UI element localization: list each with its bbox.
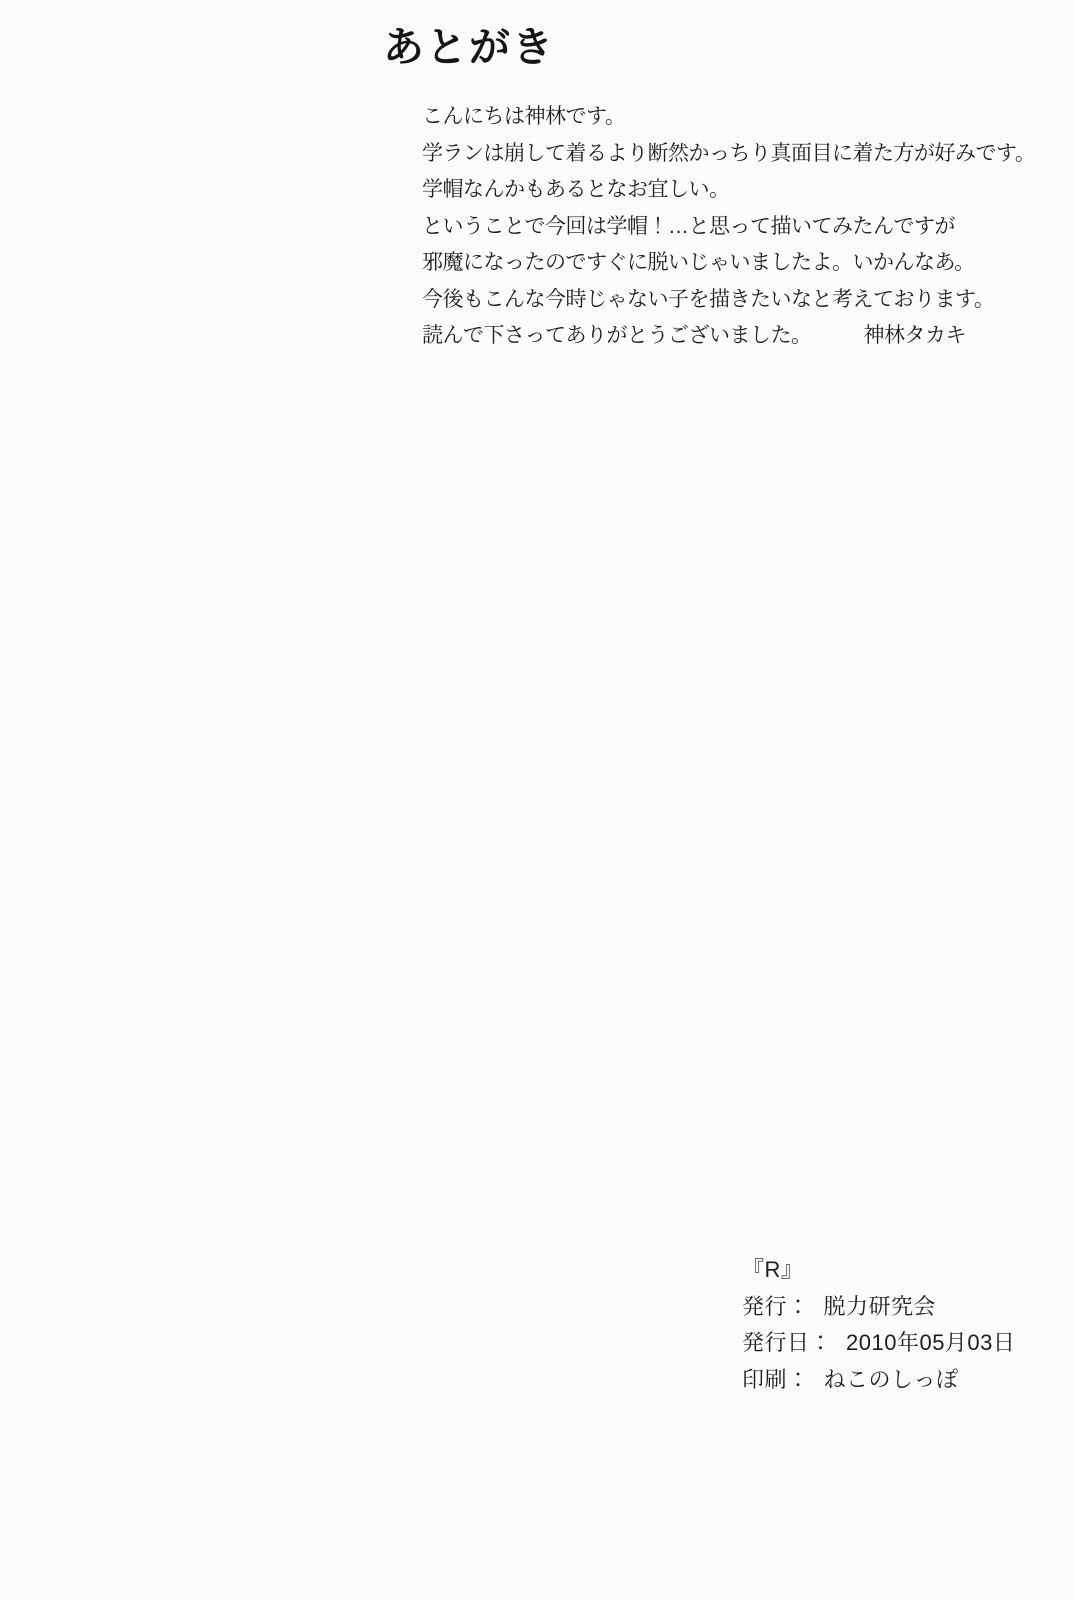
afterword-closing-line: 読んで下さってありがとうございました。神林タカキ (422, 318, 1035, 355)
publish-date-label: 発行日： (742, 1330, 832, 1355)
afterword-line: ということで今回は学帽！…と思って描いてみたんですが (422, 209, 1035, 246)
afterword-thanks-text: 読んで下さってありがとうございました。 (422, 324, 812, 347)
afterword-line: こんにちは神林です。 (422, 99, 1035, 136)
colophon-date-row: 発行日：2010年05月03日 (742, 1325, 1015, 1362)
printer-label: 印刷： (742, 1367, 810, 1392)
colophon-book-title: 『R』 (742, 1252, 1015, 1289)
colophon-publisher-row: 発行：脱力研究会 (742, 1289, 1015, 1326)
afterword-text-block: こんにちは神林です。 学ランは崩して着るより断然かっちり真面目に着た方が好みです… (422, 99, 1035, 355)
afterword-line: 今後もこんな今時じゃない子を描きたいなと考えております。 (422, 282, 1035, 319)
printer-value: ねこのしっぽ (824, 1367, 959, 1392)
author-signature: 神林タカキ (864, 318, 967, 355)
afterword-line: 学帽なんかもあるとなお宜しい。 (422, 172, 1035, 209)
publish-date-value: 2010年05月03日 (846, 1330, 1015, 1355)
publisher-value: 脱力研究会 (824, 1294, 937, 1319)
colophon-printer-row: 印刷：ねこのしっぽ (742, 1362, 1015, 1399)
publisher-label: 発行： (742, 1294, 810, 1319)
afterword-line: 学ランは崩して着るより断然かっちり真面目に着た方が好みです。 (422, 136, 1035, 173)
afterword-line: 邪魔になったのですぐに脱いじゃいましたよ。いかんなあ。 (422, 245, 1035, 282)
colophon-block: 『R』 発行：脱力研究会 発行日：2010年05月03日 印刷：ねこのしっぽ (742, 1252, 1015, 1398)
scanned-afterword-page: あとがき こんにちは神林です。 学ランは崩して着るより断然かっちり真面目に着た方… (0, 0, 1074, 1600)
page-title: あとがき (383, 14, 555, 73)
